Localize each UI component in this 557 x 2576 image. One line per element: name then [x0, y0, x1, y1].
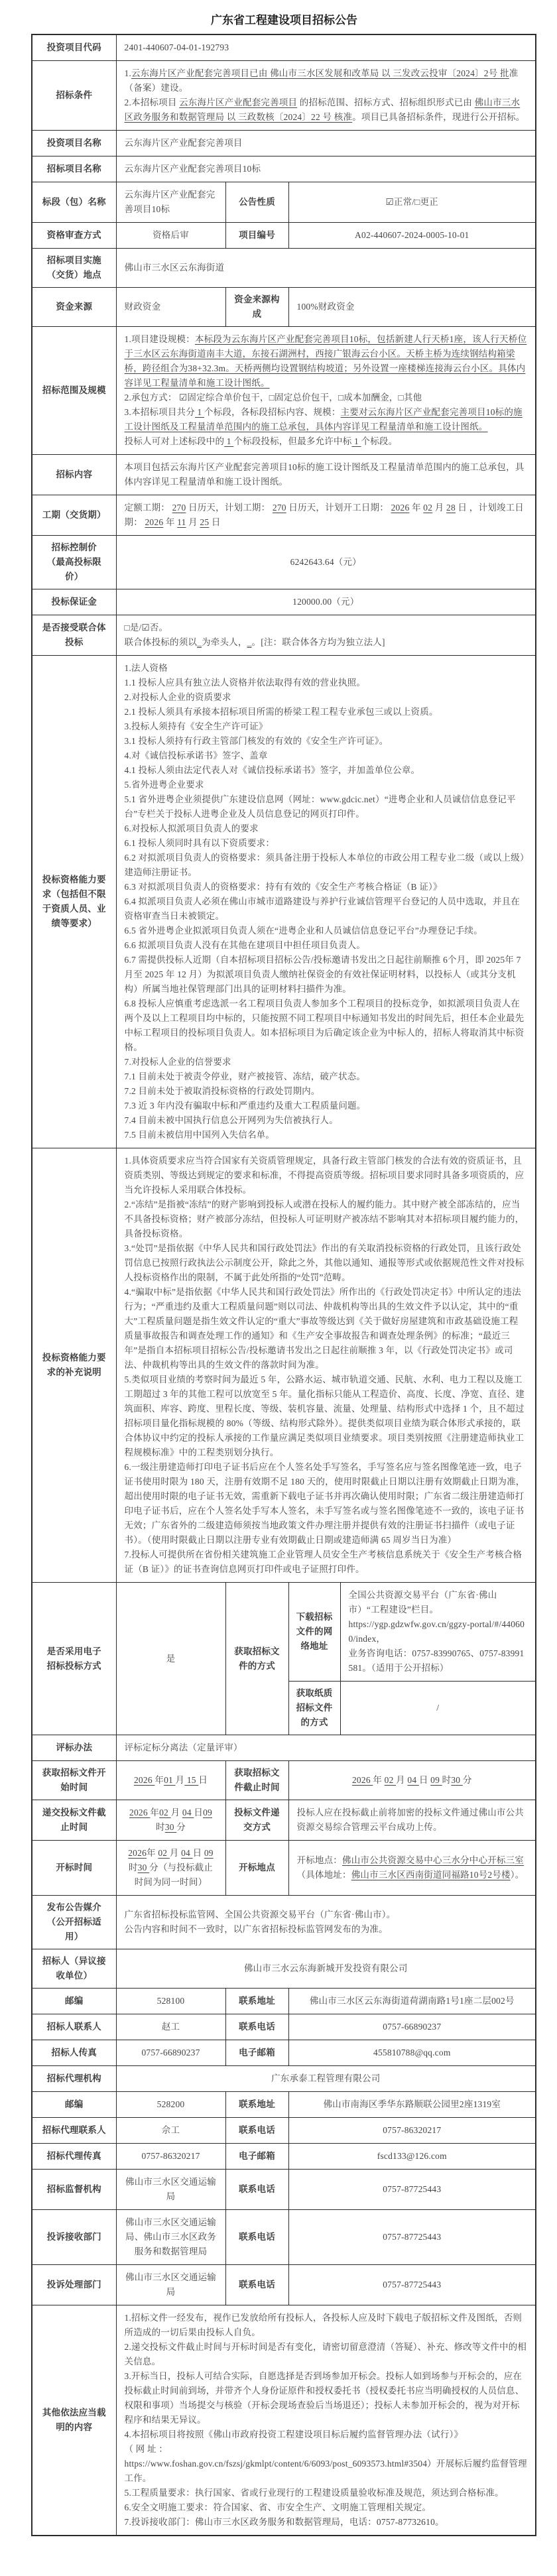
value-announcement-media: 广东省招标投标监管网、全国公共资源交易平台（广东省·佛山市）。公告内容和时间不一…: [116, 1896, 536, 1949]
paragraph: 投标人可对上述标段中的 1 个标段投标，但最多允许中标 1 个标段。: [125, 434, 528, 449]
value-funding-composition: 100%财政资金: [288, 288, 536, 327]
label-bid-opening-time: 开标时间: [32, 1841, 116, 1896]
value-supervision-phone: 0757-87725443: [288, 2170, 536, 2210]
value-tender-scope-scale: 1.项目建设规模：本标段为云东海片区产业配套完善项目10标，包括新建人行天桥1座…: [116, 327, 536, 455]
paragraph: 0757-86320217: [297, 2123, 528, 2138]
value-supervision-agency: 佛山市三水区交通运输局: [116, 2170, 225, 2210]
value-tender-control-price: 6242643.64（元）: [116, 536, 536, 589]
value-tenderer-email: 455810788@qq.com: [288, 2040, 536, 2066]
label-bid-submission-method: 投标文件递交方式: [225, 1800, 288, 1841]
table-row: 投标资格能力要 求（包括但不限 于资质人员、业 绩等要求）1.法人资格1.1 投…: [32, 656, 536, 1148]
table-row: 招标代理联系人佘工联系电话0757-86320217: [32, 2118, 536, 2144]
paragraph: 佛山市三水云东海新城开发投资有限公司: [125, 1961, 528, 1976]
value-consortium-accepted: □是/☑否。联合体投标的须以_为牵头人，_。[注：联合体各方均为独立法人]: [116, 615, 536, 656]
value-implementation-location: 佛山市三水区云东海街道: [116, 249, 536, 288]
value-qualification-review-method: 资格后审: [116, 223, 225, 249]
label-agency-fax: 招标代理传真: [32, 2144, 116, 2170]
paragraph: 1.法人资格: [125, 661, 528, 676]
announcement-table-body: 投资项目代码2401-440607-04-01-192793招标条件1.云东海片…: [32, 34, 536, 2536]
paragraph: 6.2 对拟派项目负责人的资格要求：须具备注册于投标人本单位的市政公用工程专业二…: [125, 851, 528, 880]
value-complaint-handling-phone: 0757-87725443: [288, 2265, 536, 2305]
label-consortium-accepted: 是否接受联合体 投标: [32, 615, 116, 656]
paragraph: □是/☑否。: [125, 621, 528, 635]
paragraph: 2.本招标项目 云东海片区产业配套完善项目 的招标范围、招标方式、招标组织形式已…: [125, 95, 528, 125]
table-row: 投诉接收部门佛山市三水区交通运输局、佛山市三水区政务服务和数据管理局联系电话07…: [32, 2210, 536, 2265]
value-tenderer-postcode: 528100: [116, 1989, 225, 2014]
value-tenderer-contact: 赵工: [116, 2014, 225, 2040]
paragraph: 佛山市三水区交通运输局、佛山市三水区政务服务和数据管理局: [125, 2215, 217, 2259]
paragraph: 5.类似项目业绩的考察时间为最近 5 年，公路水运、城市轨道交通、民航、水利、电…: [125, 1373, 528, 1460]
label-project-number: 项目编号: [225, 223, 288, 249]
paragraph: 3.投标人须持有《安全生产许可证》: [125, 719, 528, 734]
label-bidder-qualification-requirements: 投标资格能力要 求（包括但不限 于资质人员、业 绩等要求）: [32, 656, 116, 1148]
value-bid-submission-deadline: 2026 年02 月 04 日09 时30 分: [116, 1800, 225, 1841]
paragraph: 1.项目建设规模：本标段为云东海片区产业配套完善项目10标，包括新建人行天桥1座…: [125, 332, 528, 391]
label-qualification-supplementary-notes: 投标资格能力要 求的补充说明: [32, 1148, 116, 1583]
table-row: 招标控制价 （最高投标限 价）6242643.64（元）: [32, 536, 536, 589]
paragraph: 业务咨询电话：0757-83990765、0757-83991581。（适用于公…: [349, 1646, 528, 1676]
paragraph: https://www.foshan.gov.cn/fszsj/gkmlpt/c…: [125, 2457, 528, 2486]
paragraph: 1.具体资质要求应当符合国家有关资质管理规定，具备行政主管部门核发的合法有效的资…: [125, 1154, 528, 1197]
paragraph: 1.云东海片区产业配套完善项目已由 佛山市三水区发展和改革局 以 三发改云投审〔…: [125, 66, 528, 95]
value-investment-project-code: 2401-440607-04-01-192793: [116, 34, 536, 61]
paragraph: 投标人应在投标截止前将加密的投标文件通过佛山市公共资源交易综合管理云平台成功上传…: [297, 1806, 528, 1835]
value-tenderer-address: 佛山市三水区云东海街道荷湖南路1号1座二层002号: [288, 1989, 536, 2014]
paragraph: 2.1 投标人须具有承接本招标项目所需的桥梁工程工程专业承包三或以上资质。: [125, 705, 528, 719]
paragraph: 开标地点：佛山市公共资源交易中心三水分中心开标三室（具体地址：佛山市三水区西南街…: [297, 1853, 528, 1882]
paragraph: 0757-87725443: [297, 2182, 528, 2197]
paragraph: /: [349, 1701, 528, 1715]
table-row: 邮编528200联系地址佛山市南海区季华东路顺联公园里2座1319室: [32, 2092, 536, 2118]
label-evaluation-method: 评标办法: [32, 1735, 116, 1761]
paragraph: 6242643.64（元）: [125, 555, 528, 570]
table-row: 评标办法评标定标分离法（定量评审）: [32, 1735, 536, 1761]
table-row: 其他依法应当载 明的内容1.招标文件一经发布，视作已发放给所有投标人，各投标人应…: [32, 2305, 536, 2536]
paragraph: 6.5 省外进粤企业拟派项目负责人须在“进粤企业和人员诚信信息登记平台”办理登记…: [125, 924, 528, 938]
table-row: 招标范围及规模1.项目建设规模：本标段为云东海片区产业配套完善项目10标，包括新…: [32, 327, 536, 455]
paragraph: 3.1 投标人须持有行政主管部门核发的有效的《安全生产许可证》。: [125, 734, 528, 749]
table-row: 投标保证金120000.00（元）: [32, 589, 536, 615]
paragraph: 2.“冻结”是指被“冻结”的财产影响到投标人或潜在投标人的履约能力。其中财产被全…: [125, 1197, 528, 1241]
paragraph: 云东海片区产业配套完善项目10标: [125, 162, 528, 176]
paragraph: 7.投诉接收部门：佛山市三水区政务服务和数据管理局，电话：0757-877326…: [125, 2515, 528, 2530]
label-complaint-receiving-dept: 投诉接收部门: [32, 2210, 116, 2265]
paragraph: 455810788@qq.com: [297, 2046, 528, 2060]
label-tenderer-fax: 招标人传真: [32, 2040, 116, 2066]
value-tender-conditions: 1.云东海片区产业配套完善项目已由 佛山市三水区发展和改革局 以 三发改云投审〔…: [116, 61, 536, 131]
label-tender-content: 招标内容: [32, 455, 116, 495]
paragraph: 广东省招标投标监管网、全国公共资源交易平台（广东省·佛山市）。: [125, 1908, 528, 1922]
label-funding-source: 资金来源: [32, 288, 116, 327]
paragraph: 云东海片区产业配套完善项目10标: [125, 188, 217, 217]
paragraph: fscd133@126.com: [297, 2149, 528, 2164]
table-row: 投诉处理部门佛山市三水区交通运输局联系电话0757-87725443: [32, 2265, 536, 2305]
paragraph: 0757-66890237: [125, 2046, 217, 2060]
value-section-name: 云东海片区产业配套完善项目10标: [116, 182, 225, 223]
label-tenderer-address: 联系地址: [225, 1989, 288, 2014]
label-obtain-documents-deadline: 获取招标文件截止时间: [225, 1761, 288, 1800]
table-row: 发布公告媒介 （公开招标适 用）广东省招标投标监管网、全国公共资源交易平台（广东…: [32, 1896, 536, 1949]
paragraph: 6.8 投标人应慎重考虑选派一名工程项目负责人参加多个工程项目的投标竞争，如拟派…: [125, 997, 528, 1055]
paragraph: 100%财政资金: [297, 300, 528, 314]
value-other-required-content: 1.招标文件一经发布，视作已发放给所有投标人，各投标人应及时下载电子版招标文件及…: [116, 2305, 536, 2536]
paragraph: 4.对《诚信投标承诺书》签字、盖章: [125, 749, 528, 763]
paragraph: 4.“骗取中标”是指依据《中华人民共和国行政处罚法》所作出的《行政处罚决定书》中…: [125, 1285, 528, 1373]
paragraph: 0757-86320217: [125, 2149, 217, 2164]
paragraph: 2.对投标人企业的资质要求: [125, 690, 528, 705]
value-bid-opening-time: 2026年 02 月 04 日 09 时30 分（与投标截止时间为同一时间）: [116, 1841, 225, 1896]
paragraph: 528200: [125, 2097, 217, 2112]
paragraph: 6.6 拟派项目负责人没有在其他在建项目中担任项目负责人。: [125, 938, 528, 953]
label-investment-project-code: 投资项目代码: [32, 34, 116, 61]
paragraph: 0757-87725443: [297, 2230, 528, 2244]
label-tenderer-contact: 招标人联系人: [32, 2014, 116, 2040]
table-row: 邮编528100联系地址佛山市三水区云东海街道荷湖南路1号1座二层002号: [32, 1989, 536, 2014]
paragraph: 2401-440607-04-01-192793: [125, 40, 528, 55]
value-project-number: A02-440607-2024-0005-10-01: [288, 223, 536, 249]
label-tender-project-name: 招标项目名称: [32, 156, 116, 182]
value-tender-content: 本项目包括云东海片区产业配套完善项目10标的施工设计图纸及工程量清单范围内的施工…: [116, 455, 536, 495]
paragraph: 赵工: [125, 2020, 217, 2034]
paragraph: 7.1 目前未处于被责令停业，财产被接管、冻结，破产状态。: [125, 1070, 528, 1084]
table-row: 招标代理传真0757-86320217电子邮箱fscd133@126.com: [32, 2144, 536, 2170]
paragraph: 定额工期： 270 日历天，计划工期： 270 日历天，计划开工日期： 2026…: [125, 501, 528, 530]
label-announcement-media: 发布公告媒介 （公开招标适 用）: [32, 1896, 116, 1949]
paragraph: 7.投标人可提供所在省份相关建筑施工企业管理人员安全生产考核信息系统关于《安全生…: [125, 1548, 528, 1577]
label-agency-address: 联系地址: [225, 2092, 288, 2118]
paragraph: 6.对投标人拟派项目负责人的要求: [125, 822, 528, 836]
label-agency-postcode: 邮编: [32, 2092, 116, 2118]
value-agency-address: 佛山市南海区季华东路顺联公园里2座1319室: [288, 2092, 536, 2118]
label-investment-project-name: 投资项目名称: [32, 131, 116, 156]
value-complaint-receiving-dept: 佛山市三水区交通运输局、佛山市三水区政务服务和数据管理局: [116, 2210, 225, 2265]
value-evaluation-method: 评标定标分离法（定量评审）: [116, 1735, 536, 1761]
table-row: 工期（交货期）定额工期： 270 日历天，计划工期： 270 日历天，计划开工日…: [32, 495, 536, 536]
table-row: 招标人（异议接 收单位）佛山市三水云东海新城开发投资有限公司: [32, 1949, 536, 1989]
label-tenderer-postcode: 邮编: [32, 1989, 116, 2014]
value-download-documents-url: 全国公共资源交易平台（广东省·佛山市）“工程建设”栏目。https://ygp.…: [340, 1583, 536, 1682]
value-tenderer: 佛山市三水云东海新城开发投资有限公司: [116, 1949, 536, 1989]
label-agency-phone: 联系电话: [225, 2118, 288, 2144]
paragraph: 7.3 近 3 年内没有骗取中标和严重违约及重大工程质量问题。: [125, 1099, 528, 1113]
label-qualification-review-method: 资格审查方式: [32, 223, 116, 249]
paragraph: 6.安全文明施工要求：符合国家、省、市安全生产、文明施工管理相关规定。: [125, 2500, 528, 2515]
paragraph: 6.3 对拟派项目负责人的资格要求：持有有效的《安全生产考核合格证（B 证）》: [125, 880, 528, 894]
paragraph: 联合体投标的须以_为牵头人，_。[注：联合体各方均为独立法人]: [125, 635, 528, 650]
table-row: 获取招标文件开 始时间2026 年01 月 15 日获取招标文件截止时间2026…: [32, 1761, 536, 1800]
table-row: 开标时间2026年 02 月 04 日 09 时30 分（与投标截止时间为同一时…: [32, 1841, 536, 1896]
value-funding-source: 财政资金: [116, 288, 225, 327]
label-download-documents-url: 下载招标文件的网络地址: [288, 1583, 340, 1682]
value-obtain-documents-start-time: 2026 年01 月 15 日: [116, 1761, 225, 1800]
paragraph: 佛山市南海区季华东路顺联公园里2座1319室: [297, 2097, 528, 2112]
label-tender-conditions: 招标条件: [32, 61, 116, 131]
table-row: 资格审查方式资格后审项目编号A02-440607-2024-0005-10-01: [32, 223, 536, 249]
paragraph: A02-440607-2024-0005-10-01: [297, 228, 528, 243]
label-supervision-agency: 招标监督机构: [32, 2170, 116, 2210]
paragraph: 广东承泰工程管理有限公司: [125, 2071, 528, 2086]
label-other-required-content: 其他依法应当载 明的内容: [32, 2305, 116, 2536]
paragraph: https://ygp.gdzwfw.gov.cn/ggzy-portal/#/…: [349, 1617, 528, 1646]
paragraph: 4.1 投标人须由法定代表人对《诚信投标承诺书》签字，并加盖单位公章。: [125, 763, 528, 778]
label-supervision-phone: 联系电话: [225, 2170, 288, 2210]
paragraph: 资格后审: [125, 228, 217, 243]
paragraph: 评标定标分离法（定量评审）: [125, 1741, 528, 1755]
label-bid-opening-location: 开标地点: [225, 1841, 288, 1896]
paragraph: 7.4 目前未被中国执行信息公开网列为失信被执行人。: [125, 1113, 528, 1128]
value-agency-contact: 佘工: [116, 2118, 225, 2144]
label-complaint-receiving-phone: 联系电话: [225, 2210, 288, 2265]
paragraph: 1.1 投标人应具有独立法人资格并依法取得有效的营业执照。: [125, 676, 528, 690]
paragraph: 0757-66890237: [297, 2020, 528, 2034]
paragraph: 云东海片区产业配套完善项目: [125, 136, 528, 151]
label-agency-email: 电子邮箱: [225, 2144, 288, 2170]
paragraph: 7.5 目前未被信用中国列入失信名单。: [125, 1128, 528, 1142]
paragraph: 2026 年01 月 15 日: [125, 1773, 217, 1788]
paragraph: 公告内容和时间不一致时，以广东省招标投标监管网发布的为准。: [125, 1922, 528, 1937]
label-announcement-nature: 公告性质: [225, 182, 288, 223]
table-row: 递交投标文件截 止时间2026 年02 月 04 日09 时30 分投标文件递交…: [32, 1800, 536, 1841]
paragraph: 全国公共资源交易平台（广东省·佛山市）“工程建设”栏目。: [349, 1588, 528, 1617]
label-construction-period: 工期（交货期）: [32, 495, 116, 536]
paragraph: 0757-87725443: [297, 2278, 528, 2292]
value-tenderer-phone: 0757-66890237: [288, 2014, 536, 2040]
table-row: 投标资格能力要 求的补充说明1.具体资质要求应当符合国家有关资质管理规定，具备行…: [32, 1148, 536, 1583]
paragraph: 佛山市三水区云东海街道荷湖南路1号1座二层002号: [297, 1994, 528, 2008]
value-tender-agency: 广东承泰工程管理有限公司: [116, 2066, 536, 2092]
value-agency-fax: 0757-86320217: [116, 2144, 225, 2170]
label-tender-scope-scale: 招标范围及规模: [32, 327, 116, 455]
label-tender-control-price: 招标控制价 （最高投标限 价）: [32, 536, 116, 589]
table-row: 招标代理机构广东承泰工程管理有限公司: [32, 2066, 536, 2092]
paragraph: 佛山市三水区云东海街道: [125, 261, 528, 275]
paragraph: 佛山市三水区交通运输局: [125, 2270, 217, 2300]
label-bid-submission-deadline: 递交投标文件截 止时间: [32, 1800, 116, 1841]
paragraph: 5.省外进粤企业要求: [125, 778, 528, 792]
paragraph: 佘工: [125, 2123, 217, 2138]
paragraph: 120000.00（元）: [125, 595, 528, 609]
paragraph: 6.1 投标人须同时具有以下资质要求：: [125, 836, 528, 851]
paragraph: 2026年 02 月 04 日 09 时30 分（与投标截止时间为同一时间）: [125, 1846, 217, 1890]
table-row: 招标人联系人赵工联系电话0757-66890237: [32, 2014, 536, 2040]
page-title: 广东省工程建设项目招标公告: [31, 11, 537, 27]
paragraph: 是: [125, 1652, 217, 1666]
paragraph: 2.递交投标文件截止时间与开标时间是否有变化，请密切留意澄清（答疑）、补充、修改…: [125, 2340, 528, 2369]
label-implementation-location: 招标项目实施 （交货）地点: [32, 249, 116, 288]
label-agency-contact: 招标代理联系人: [32, 2118, 116, 2144]
value-qualification-supplementary-notes: 1.具体资质要求应当符合国家有关资质管理规定，具备行政主管部门核发的合法有效的资…: [116, 1148, 536, 1583]
value-paper-documents-method: /: [340, 1682, 536, 1735]
value-complaint-handling-dept: 佛山市三水区交通运输局: [116, 2265, 225, 2305]
label-electronic-bidding: 是否采用电子 招标投标方式: [32, 1583, 116, 1735]
value-agency-email: fscd133@126.com: [288, 2144, 536, 2170]
value-investment-project-name: 云东海片区产业配套完善项目: [116, 131, 536, 156]
paragraph: 2.承包方式： ☑固定综合单价包干，□固定总价包干，□成本加酬金，□其他: [125, 391, 528, 405]
paragraph: 2026 年02 月 04 日09 时30 分: [125, 1806, 217, 1835]
paragraph: ☑正常/□更正: [297, 195, 528, 210]
label-tender-agency: 招标代理机构: [32, 2066, 116, 2092]
paragraph: 财政资金: [125, 300, 217, 314]
table-row: 是否接受联合体 投标□是/☑否。联合体投标的须以_为牵头人，_。[注：联合体各方…: [32, 615, 536, 656]
paragraph: 7.2 目前未处于被取消投标资格的行政处罚期内。: [125, 1084, 528, 1099]
paragraph: 3.本招标项目共分 1 个标段，各标段招标内容、规模：主要对云东海片区产业配套完…: [125, 405, 528, 434]
table-row: 招标项目实施 （交货）地点佛山市三水区云东海街道: [32, 249, 536, 288]
value-bid-bond: 120000.00（元）: [116, 589, 536, 615]
table-row: 招标内容本项目包括云东海片区产业配套完善项目10标的施工设计图纸及工程量清单范围…: [32, 455, 536, 495]
value-bid-opening-location: 开标地点：佛山市公共资源交易中心三水分中心开标三室（具体地址：佛山市三水区西南街…: [288, 1841, 536, 1896]
paragraph: （ 网 址 ：: [125, 2442, 528, 2457]
paragraph: 528100: [125, 1994, 217, 2008]
paragraph: 1.招标文件一经发布，视作已发放给所有投标人，各投标人应及时下载电子版招标文件及…: [125, 2311, 528, 2340]
label-tenderer-email: 电子邮箱: [225, 2040, 288, 2066]
value-announcement-nature: ☑正常/□更正: [288, 182, 536, 223]
value-obtain-documents-deadline: 2026 年 02 月 04 日 09 时30 分: [288, 1761, 536, 1800]
label-funding-composition: 资金来源构成: [225, 288, 288, 327]
value-electronic-bidding: 是: [116, 1583, 225, 1735]
paragraph: 5.1 省外进粤企业须提供广东建设信息网（网址：www.gdcic.net）“进…: [125, 792, 528, 822]
label-complaint-handling-phone: 联系电话: [225, 2265, 288, 2305]
paragraph: 4.本招标项目将按照《佛山市政府投资工程建设项目标后履约监督管理办法（试行）》: [125, 2427, 528, 2442]
label-section-name: 标段（包）名称: [32, 182, 116, 223]
table-row: 招标监督机构佛山市三水区交通运输局联系电话0757-87725443: [32, 2170, 536, 2210]
value-tender-project-name: 云东海片区产业配套完善项目10标: [116, 156, 536, 182]
value-bidder-qualification-requirements: 1.法人资格1.1 投标人应具有独立法人资格并依法取得有效的营业执照。2.对投标…: [116, 656, 536, 1148]
paragraph: 6.7 需提供投标人近期（自本招标项目招标公告/投标邀请书发出之日起往前顺推 6…: [125, 953, 528, 997]
value-agency-postcode: 528200: [116, 2092, 225, 2118]
paragraph: 6.一级注册建造师打印电子证书后应在个人签名处手写签名，手写签名应与签名图像笔迹…: [125, 1460, 528, 1548]
label-obtain-documents-start-time: 获取招标文件开 始时间: [32, 1761, 116, 1800]
paragraph: 6.4 拟派项目负责人必须在佛山市城市道路建设与养护行业诚信管理平台登记的人员中…: [125, 894, 528, 924]
value-bid-submission-method: 投标人应在投标截止前将加密的投标文件通过佛山市公共资源交易综合管理云平台成功上传…: [288, 1800, 536, 1841]
table-row: 是否采用电子 招标投标方式是获取招标文件的方式下载招标文件的网络地址全国公共资源…: [32, 1583, 536, 1682]
announcement-page: 广东省工程建设项目招标公告 投资项目代码2401-440607-04-01-19…: [0, 0, 557, 2576]
value-complaint-receiving-phone: 0757-87725443: [288, 2210, 536, 2265]
table-row: 标段（包）名称云东海片区产业配套完善项目10标公告性质☑正常/□更正: [32, 182, 536, 223]
paragraph: 2026 年 02 月 04 日 09 时30 分: [297, 1773, 528, 1788]
label-tenderer: 招标人（异议接 收单位）: [32, 1949, 116, 1989]
value-agency-phone: 0757-86320217: [288, 2118, 536, 2144]
table-row: 招标项目名称云东海片区产业配套完善项目10标: [32, 156, 536, 182]
table-row: 资金来源财政资金资金来源构成100%财政资金: [32, 288, 536, 327]
value-construction-period: 定额工期： 270 日历天，计划工期： 270 日历天，计划开工日期： 2026…: [116, 495, 536, 536]
table-row: 投资项目代码2401-440607-04-01-192793: [32, 34, 536, 61]
label-complaint-handling-dept: 投诉处理部门: [32, 2265, 116, 2305]
table-row: 招标条件1.云东海片区产业配套完善项目已由 佛山市三水区发展和改革局 以 三发改…: [32, 61, 536, 131]
paragraph: 本项目包括云东海片区产业配套完善项目10标的施工设计图纸及工程量清单范围内的施工…: [125, 460, 528, 489]
paragraph: 5.工程质量要求：执行国家、省或行业现行的工程建设质量验收标准及规范，须达到合格…: [125, 2486, 528, 2500]
paragraph: 3.“处罚”是指依据《中华人民共和国行政处罚法》作出的有关取消投标资格的行政处罚…: [125, 1241, 528, 1285]
paragraph: 7.对投标人企业的信誉要求: [125, 1055, 528, 1070]
paragraph: 佛山市三水区交通运输局: [125, 2175, 217, 2204]
value-tenderer-fax: 0757-66890237: [116, 2040, 225, 2066]
label-bid-bond: 投标保证金: [32, 589, 116, 615]
announcement-table: 投资项目代码2401-440607-04-01-192793招标条件1.云东海片…: [31, 34, 536, 2536]
table-row: 招标人传真0757-66890237电子邮箱455810788@qq.com: [32, 2040, 536, 2066]
label-paper-documents-method: 获取纸质招标文件的方式: [288, 1682, 340, 1735]
table-row: 投资项目名称云东海片区产业配套完善项目: [32, 131, 536, 156]
paragraph: 3.开标当日，投标人可结合实际，自愿选择是否到场参加开标会。投标人如到场参与开标…: [125, 2369, 528, 2427]
label-tenderer-phone: 联系电话: [225, 2014, 288, 2040]
label-obtain-documents-method: 获取招标文件的方式: [225, 1583, 288, 1735]
